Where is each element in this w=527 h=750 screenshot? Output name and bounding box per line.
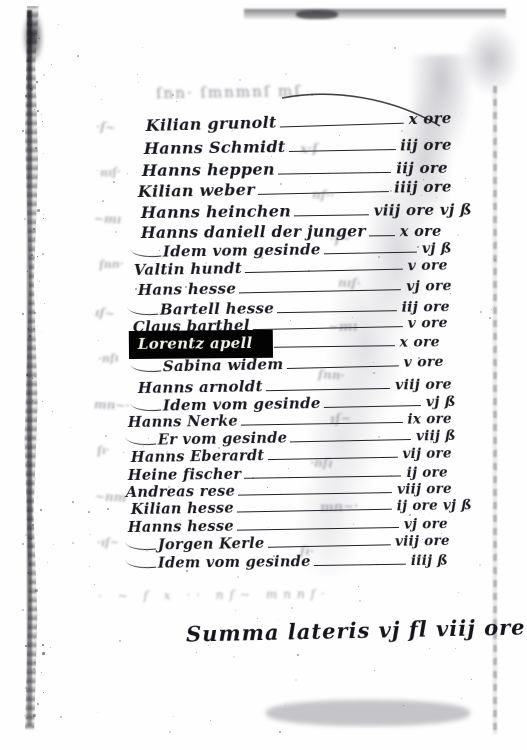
noise-dot [97,170,98,171]
entry-name: Hanns Nerke [128,413,238,432]
noise-dot [32,524,34,526]
entry-amount: iij ore [396,159,448,178]
bleedthrough-mark: ·ıſ~ [97,536,119,550]
entry-amount: vj ß [426,394,456,410]
manuscript-scan-page: ſnn· ſmnmnſ mſ Kilian grunoltx oreHanns … [0,0,527,750]
bleedthrough-mark: ·nſı [98,351,119,365]
bleedthrough-mark: ·ſ~ [330,231,352,247]
noise-dot [97,712,98,713]
page-edge-left-core [27,10,32,726]
entry-amount: vij ore [402,446,452,463]
noise-dot [34,638,35,639]
noise-dot [285,73,287,75]
ledger-row: Kilian weberiiij ore [138,177,452,202]
leader-line [324,405,421,408]
noise-dot [30,538,32,540]
leader-line [294,214,369,216]
lead-in-flourish [130,361,161,374]
entry-amount: vj ore [406,278,452,295]
noise-dot [142,47,143,48]
noise-dot [95,86,96,87]
entry-amount: x ore [400,223,442,240]
noise-dot [42,253,44,255]
noise-dot [34,238,35,239]
lead-in-flourish [125,435,156,448]
noise-dot [461,698,462,699]
noise-dot [107,508,109,510]
noise-dot [28,540,30,542]
noise-dot [42,652,45,655]
noise-dot [24,218,26,220]
noise-dot [458,592,459,593]
bleedthrough-mark: nſ·· [312,187,335,202]
noise-dot [70,427,71,428]
noise-dot [22,609,24,611]
lead-in-flourish [126,558,157,570]
entry-amount: v ore [408,315,448,332]
entry-name: Hanns hesse [128,518,234,537]
leader-line [280,123,404,128]
noise-dot [37,256,38,257]
noise-dot [295,679,297,681]
noise-dot [30,88,31,89]
noise-dot [41,672,42,673]
lead-in-flourish [128,305,159,317]
noise-dot [33,476,35,478]
entry-name: Hanns heinchen [141,201,291,222]
noise-dot [480,311,482,313]
noise-dot [291,607,293,609]
noise-dot [279,731,281,733]
noise-dot [88,511,90,513]
summa-lateris-line: Summa lateris vj fl viij ore [186,614,526,646]
bleedthrough-mark: x·ſ [300,142,318,158]
noise-dot [123,452,124,453]
noise-dot [29,335,31,337]
noise-dot [27,328,29,330]
noise-dot [196,652,197,653]
leader-line [274,345,395,348]
entry-amount: viij ore [395,377,452,394]
noise-dot [35,147,37,149]
noise-dot [43,153,44,154]
noise-dot [138,82,139,83]
noise-dot [105,435,107,437]
entry-amount: viij ore vj ß [374,201,472,220]
page-corner-smudge [20,4,46,70]
bleedthrough-mark: nıſ· [100,165,122,179]
noise-dot [137,74,138,75]
entry-name: Er vom gesinde [158,429,288,448]
noise-dot [98,340,99,341]
entry-amount: ix ore [407,411,452,428]
ledger-row: Hanns Schmidtiij ore [144,135,452,159]
noise-dot [26,61,27,62]
noise-dot [34,662,35,663]
entry-name: Heine fischer [128,466,241,485]
noise-dot [28,538,29,539]
noise-dot [34,334,35,335]
entry-amount: v ore [408,258,448,275]
page-edge-top-smudge [296,10,338,19]
noise-dot [394,47,396,49]
ledger-row: Hans hessevj ore [138,276,452,300]
noise-dot [169,731,171,733]
leader-line [237,509,392,513]
noise-dot [489,317,491,319]
entry-name: Hanns heppen [142,160,275,181]
noise-dot [285,705,286,706]
bleedthrough-mark: ·nſı [310,456,333,471]
noise-dot [359,600,361,602]
lead-in-flourish [131,247,162,259]
noise-dot [31,244,32,245]
noise-dot [239,79,241,81]
noise-dot [31,254,33,256]
noise-dot [348,44,349,45]
noise-dot [102,200,104,202]
noise-dot [297,654,299,656]
noise-dot [119,640,121,642]
noise-dot [37,703,39,705]
noise-dot [494,259,496,261]
noise-dot [39,38,40,39]
noise-dot [90,534,91,535]
noise-dot [72,501,74,503]
noise-dot [32,400,33,401]
bleedthrough-mark: ıſ~ [330,411,352,427]
ledger-row: Hanns heinchenviij ore vj ß [141,200,472,223]
bleedthrough-mark: ſnn· [318,367,345,382]
entry-name: Idem vom gesinde [158,553,311,572]
noise-dot [33,228,35,230]
bleedthrough-mark: ·ſ~ [96,120,116,135]
noise-dot [30,88,33,91]
noise-dot [40,509,42,511]
noise-dot [33,328,35,330]
entry-amount: x ore [408,109,452,128]
faint-scribble-line: · ~ ſ x ·· nſ~ mnnſ· [98,587,331,603]
noise-dot [233,656,235,658]
noise-dot [27,271,28,272]
noise-dot [471,679,472,680]
noise-dot [27,60,29,62]
noise-dot [35,478,36,479]
top-right-stain [455,14,527,104]
leader-line [238,492,392,496]
noise-dot [60,716,62,718]
entry-name-redacted: Lorentz apell [131,332,271,357]
leader-line [237,527,399,531]
noise-dot [34,109,35,110]
noise-dot [44,303,45,304]
noise-dot [257,618,258,619]
noise-dot [72,542,74,544]
entry-amount: ij ore [407,465,448,481]
bleedthrough-mark: ſı· [300,544,315,559]
noise-dot [115,231,117,233]
leader-line [239,289,401,293]
noise-dot [27,461,29,463]
entry-name: Kilian weber [138,180,255,201]
leader-line [314,564,406,566]
leader-line [241,422,403,426]
noise-dot [89,566,90,567]
noise-dot [94,584,95,585]
noise-dot [36,81,38,83]
leader-line [267,544,390,547]
noise-dot [374,670,375,671]
noise-dot [43,692,44,693]
noise-dot [42,121,43,122]
noise-dot [403,705,404,706]
entry-name: Andreas rese [126,483,235,502]
noise-dot [27,572,29,574]
entry-amount: iiij ß [411,553,448,569]
entry-amount: viij ore [395,533,450,550]
noise-dot [127,173,128,174]
noise-dot [22,313,24,315]
noise-dot [476,562,477,563]
entry-amount: vj ore [404,516,448,533]
noise-dot [37,209,40,212]
leader-line [369,235,395,236]
noise-dot [30,203,31,204]
page-edge-top [244,9,506,19]
ledger-row: Kilian grunoltx ore [145,108,451,136]
noise-dot [58,24,59,25]
entry-name: Hanns Eberardt [131,447,265,466]
noise-dot [235,610,236,611]
noise-dot [52,411,53,412]
noise-dot [33,126,34,127]
noise-dot [25,95,27,97]
bleedthrough-mark: mn~· [320,499,359,515]
noise-dot [210,720,211,721]
noise-dot [491,309,492,310]
entry-name: Hanns arnoldt [138,377,263,397]
noise-dot [22,130,24,132]
bleedthrough-mark: ~mı [94,212,122,227]
bleedthrough-mark: nıſ· [338,276,361,291]
noise-dot [386,713,387,714]
noise-dot [43,214,44,215]
entry-name: Jorgen Kerle [158,535,265,554]
bleedthrough-mark: mn~· [94,397,130,412]
noise-dot [30,158,31,159]
leader-line [245,269,403,273]
noise-dot [173,716,174,717]
noise-dot [41,114,42,115]
noise-dot [35,450,36,451]
noise-dot [47,562,48,563]
entry-amount: viij ore [397,481,452,498]
noise-dot [31,545,33,547]
noise-dot [34,312,36,314]
entry-amount: iiij ore [394,178,452,197]
entry-amount: vj ß [422,241,452,257]
leader-line [277,310,397,313]
noise-dot [436,197,437,198]
noise-dot [28,144,29,145]
noise-dot [113,181,115,183]
noise-dot [237,576,239,578]
noise-dot [358,586,359,587]
noise-dot [465,178,466,179]
noise-dot [33,668,35,670]
bleedthrough-mark: ſnn· [99,258,124,272]
noise-dot [43,218,44,219]
noise-dot [455,648,456,649]
noise-dot [33,437,34,438]
lead-in-flourish [130,401,161,414]
noise-dot [33,714,36,717]
noise-dot [429,648,430,649]
noise-dot [35,589,38,592]
noise-dot [43,74,45,76]
noise-dot [32,378,33,379]
page-edge-left [22,6,39,730]
entry-amount: ij ore vj ß [397,497,472,514]
bleedthrough-mark: ~mı [328,319,358,335]
ledger-row: Idem vom gesindeiiij ß [126,552,448,573]
noise-dot [101,99,102,100]
entry-amount: x ore [399,334,439,350]
bleedthrough-mark: ſı· [97,444,111,458]
noise-dot [26,374,28,376]
noise-dot [42,644,44,646]
bleedthrough-mark: ~nm [95,489,127,505]
noise-dot [33,325,35,327]
leader-line [278,172,391,175]
noise-dot [135,288,137,290]
entry-name: Hans hesse [138,279,237,299]
noise-dot [461,113,462,114]
entry-name: Sabina widem [163,355,284,375]
noise-dot [457,234,459,236]
noise-dot [25,687,27,689]
noise-dot [28,440,30,442]
noise-dot [28,558,29,559]
entry-amount: iij ore [400,136,452,155]
noise-dot [32,581,33,582]
noise-dot [25,534,27,536]
noise-dot [50,647,51,648]
entry-name: Kilian grunolt [145,113,276,136]
noise-dot [24,715,25,716]
noise-dot [51,64,52,65]
leader-line [266,388,390,391]
noise-dot [42,401,43,402]
noise-dot [22,543,24,545]
entry-name: Hanns Schmidt [144,137,286,158]
leader-line [324,252,417,255]
noise-dot [39,281,40,282]
page-edge-bottom [266,700,470,726]
entry-name: Kilian hesse [131,500,234,519]
noise-dot [37,110,39,112]
noise-dot [25,645,27,647]
bleedthrough-mark: ıſ~ [95,305,116,320]
entry-amount: viij ß [416,428,456,445]
leader-line [244,475,401,478]
noise-dot [77,55,79,57]
entry-amount: v ore [403,354,443,371]
noise-dot [53,544,54,545]
lead-in-flourish [125,540,156,553]
leader-line [290,439,411,442]
entry-name: Valtin hundt [134,259,242,279]
noise-dot [41,332,42,333]
noise-dot [479,564,481,566]
